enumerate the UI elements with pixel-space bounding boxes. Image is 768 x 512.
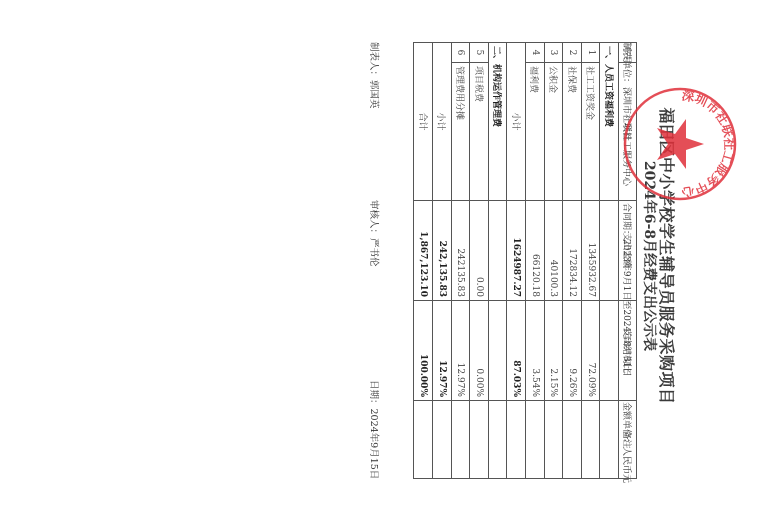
row-note <box>451 401 470 479</box>
subtotal-label: 小计 <box>507 43 526 201</box>
row-ratio: 12.97% <box>451 301 470 401</box>
header-cell: 序号 <box>619 43 637 63</box>
subtotal-row: 小计 1624987.27 87.03% <box>507 43 526 479</box>
row-number: 4 <box>526 43 545 63</box>
row-number: 5 <box>470 43 489 63</box>
row-item: 项目税费 <box>470 63 489 201</box>
total-amount: 1,867,123.10 <box>414 201 433 301</box>
row-amount: 40100.3 <box>544 201 563 301</box>
report-date: 日期：2024年9月15日 <box>368 380 382 479</box>
row-amount: 1345932.67 <box>581 201 600 301</box>
row-ratio: 2.15% <box>544 301 563 401</box>
section-title: 一、人员工资福利费 <box>600 43 619 201</box>
subtotal-amount: 242,135.83 <box>433 201 452 301</box>
row-item: 管理费用分摊 <box>451 63 470 201</box>
header-cell: 支出金额 <box>619 201 637 301</box>
table-row: 6 管理费用分摊 242135.83 12.97% <box>451 43 470 479</box>
row-note <box>470 401 489 479</box>
row-ratio: 0.00% <box>470 301 489 401</box>
subtotal-ratio: 12.97% <box>433 301 452 401</box>
table-row: 4 福利费 66120.18 3.54% <box>526 43 545 479</box>
row-note <box>581 401 600 479</box>
row-number: 1 <box>581 43 600 63</box>
total-row: 合计 1,867,123.10 100.00% <box>414 43 433 479</box>
table-header-row: 序号 项目 支出金额 支出结构比 备注 <box>619 43 637 479</box>
row-number: 6 <box>451 43 470 63</box>
row-item: 社保费 <box>563 63 582 201</box>
table-row: 2 社保费 172834.12 9.26% <box>563 43 582 479</box>
table-row: 5 项目税费 0.00 0.00% <box>470 43 489 479</box>
expense-table: 序号 项目 支出金额 支出结构比 备注 一、人员工资福利费 1 社工工资奖金 1… <box>413 42 637 479</box>
svg-text:深圳市社联社工服务中心: 深圳市社联社工服务中心 <box>680 88 737 201</box>
row-ratio: 9.26% <box>563 301 582 401</box>
preparer: 制表人：郭国英 <box>368 42 382 109</box>
header-cell: 支出结构比 <box>619 301 637 401</box>
official-seal-icon: 深圳市社联社工服务中心 <box>620 84 740 204</box>
row-ratio: 3.54% <box>526 301 545 401</box>
subtotal-row: 小计 242,135.83 12.97% <box>433 43 452 479</box>
row-note <box>544 401 563 479</box>
total-ratio: 100.00% <box>414 301 433 401</box>
subtotal-amount: 1624987.27 <box>507 201 526 301</box>
table-row: 1 社工工资奖金 1345932.67 72.09% <box>581 43 600 479</box>
table-row: 3 公积金 40100.3 2.15% <box>544 43 563 479</box>
document-subtitle: 2024年6-8月经费支出公示表 <box>640 0 660 512</box>
row-number: 2 <box>563 43 582 63</box>
row-amount: 172834.12 <box>563 201 582 301</box>
row-amount: 66120.18 <box>526 201 545 301</box>
section-row: 二、机构运作管理费 <box>488 43 507 479</box>
row-ratio: 72.09% <box>581 301 600 401</box>
section-title: 二、机构运作管理费 <box>488 43 507 201</box>
row-note <box>526 401 545 479</box>
subtotal-ratio: 87.03% <box>507 301 526 401</box>
header-cell: 备注 <box>619 401 637 479</box>
row-item: 公积金 <box>544 63 563 201</box>
row-number: 3 <box>544 43 563 63</box>
row-amount: 242135.83 <box>451 201 470 301</box>
subtotal-label: 小计 <box>433 43 452 201</box>
reviewer: 审核人：严书伦 <box>368 200 382 267</box>
header-cell: 项目 <box>619 63 637 201</box>
row-amount: 0.00 <box>470 201 489 301</box>
section-row: 一、人员工资福利费 <box>600 43 619 479</box>
row-item: 福利费 <box>526 63 545 201</box>
total-label: 合计 <box>414 43 433 201</box>
row-note <box>563 401 582 479</box>
row-item: 社工工资奖金 <box>581 63 600 201</box>
document-page: 福田区中小学校学生辅导员服务采购项目 2024年6-8月经费支出公示表 制表单位… <box>0 0 768 512</box>
